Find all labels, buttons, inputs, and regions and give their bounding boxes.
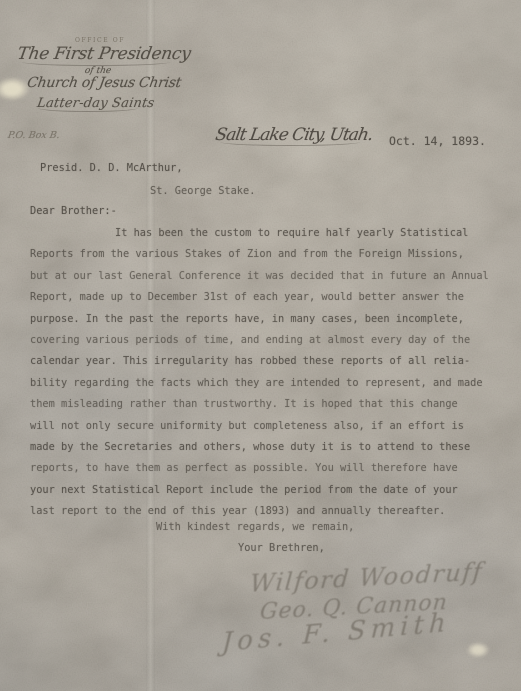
po-box: P.O. Box B. (7, 130, 61, 141)
letter-page: OFFICE OF The First Presidency of the Ch… (0, 0, 521, 691)
body-line: them misleading rather than trustworthy.… (30, 394, 498, 415)
body-line: It has been the custom to require half y… (30, 223, 498, 244)
body-line: reports, to have them as perfect as poss… (30, 458, 498, 479)
salutation: Dear Brother:- (30, 205, 117, 217)
signature-wilford-woodruff: Wilford Woodruff (249, 558, 485, 598)
body-line: Report, made up to December 31st of each… (30, 287, 498, 308)
closing-regards: With kindest regards, we remain, (156, 521, 354, 533)
body-line: Reports from the various Stakes of Zion … (30, 244, 498, 265)
dateline-flourish (220, 138, 360, 146)
body-line: calendar year. This irregularity has rob… (30, 351, 498, 372)
body-line: made by the Secretaries and others, whos… (30, 437, 498, 458)
letterhead-flourish (38, 104, 138, 112)
body-line: purpose. In the past the reports have, i… (30, 309, 498, 330)
recipient-stake: St. George Stake. (150, 185, 255, 197)
letterhead-flourish (22, 58, 170, 66)
body-line: bility regarding the facts which they ar… (30, 373, 498, 394)
letterhead-office-of: OFFICE OF (75, 37, 125, 44)
body-line: your next Statistical Report include the… (30, 480, 498, 501)
body-line: covering various periods of time, and en… (30, 330, 498, 351)
recipient-name: Presid. D. D. McArthur, (40, 162, 183, 174)
body-line: but at our last General Conference it wa… (30, 266, 498, 287)
closing-brethren: Your Brethren, (238, 542, 325, 554)
dateline-date: Oct. 14, 1893. (389, 134, 486, 148)
body-line: will not only secure uniformity but comp… (30, 416, 498, 437)
letterhead-church: Church of Jesus Christ (26, 75, 182, 91)
letter-body: It has been the custom to require half y… (30, 223, 498, 523)
paper-damage-spot (466, 642, 490, 658)
body-line: last report to the end of this year (189… (30, 501, 498, 522)
